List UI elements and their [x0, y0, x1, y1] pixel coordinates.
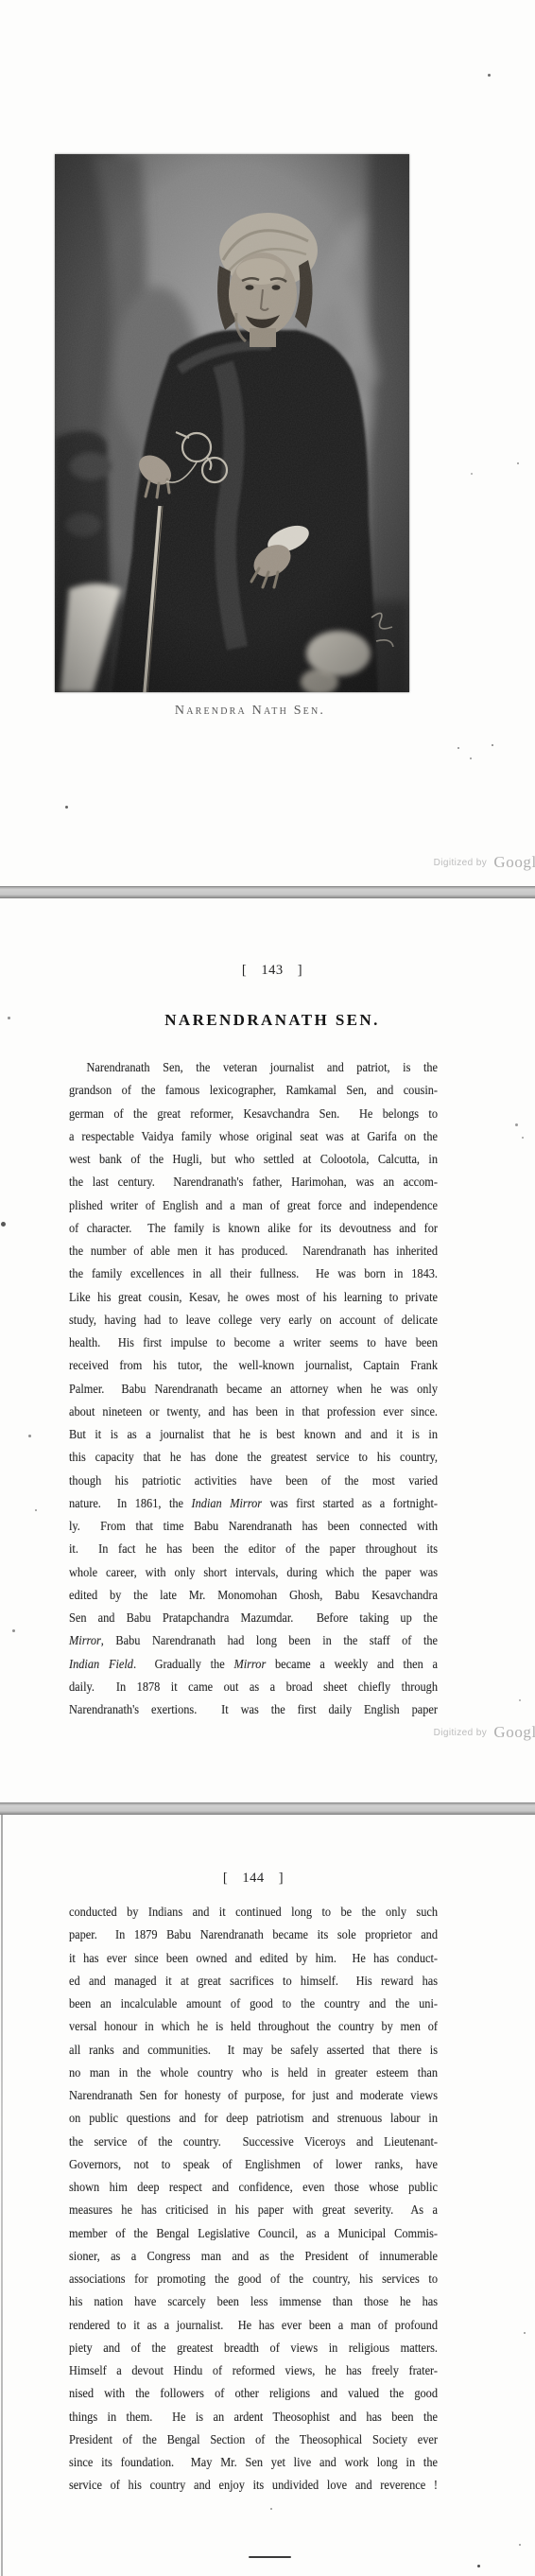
text-line: Narendranath's exertions. It was the fir…: [69, 1698, 438, 1721]
text-line: daily. In 1878 it came out as a broad sh…: [69, 1676, 438, 1698]
scan-speck: [517, 462, 519, 464]
text-line: the service of the country. Successive V…: [69, 2131, 438, 2153]
scan-speck: [524, 2332, 526, 2334]
text-line: no man in the whole country who is held …: [69, 2062, 438, 2084]
text-line: his nation have scarcely been less immen…: [69, 2290, 438, 2313]
text-line: health. His first impulse to become a wr…: [69, 1332, 438, 1354]
text-line: Indian Field. Gradually the Mirror becam…: [69, 1653, 438, 1676]
text-line: member of the Bengal Legislative Council…: [69, 2222, 438, 2245]
text-line: Mirror, Babu Narendranath had long been …: [69, 1629, 438, 1652]
text-line: whole career, with only short intervals,…: [69, 1561, 438, 1584]
text-line: shown him deep respect and confidence, e…: [69, 2176, 438, 2199]
text-line: nature. In 1861, the Indian Mirror was f…: [69, 1492, 438, 1515]
digitized-watermark: Digitized by Google: [434, 1723, 535, 1742]
page-separator: [0, 886, 535, 898]
text-line: the last century. Narendranath's father,…: [69, 1171, 438, 1193]
text-line: associations for promoting the good of t…: [69, 2268, 438, 2290]
text-line: since its foundation. May Mr. Sen yet li…: [69, 2451, 438, 2474]
text-line: But it is as a journalist that he is bes…: [69, 1423, 438, 1446]
text-line: plished writer of English and a man of g…: [69, 1194, 438, 1217]
text-line: it. In fact he has been the editor of th…: [69, 1538, 438, 1560]
text-line: of character. The family is known alike …: [69, 1217, 438, 1240]
text-line: Sen and Babu Pratapchandra Mazumdar. Bef…: [69, 1607, 438, 1629]
text-line: Palmer. Babu Narendranath became an atto…: [69, 1378, 438, 1401]
page-edge-shadow: [1, 1815, 3, 2576]
chapter-title: NARENDRANATH SEN.: [69, 1011, 438, 1030]
scan-speck: [477, 2565, 480, 2567]
page-number: [ 144 ]: [69, 1871, 438, 1887]
text-line: on public questions and for deep patriot…: [69, 2107, 438, 2130]
google-logo: Google: [493, 1723, 535, 1741]
scan-speck: [519, 1699, 521, 1701]
page-separator: [0, 1802, 535, 1815]
body-text: Narendranath Sen, the veteran journalist…: [69, 1056, 438, 1721]
scan-speck: [522, 1137, 524, 1139]
text-line: Himself a devout Hindu of reformed views…: [69, 2359, 438, 2382]
scan-speck: [35, 1509, 37, 1511]
text-line: it has ever since been owned and edited …: [69, 1947, 438, 1970]
watermark-prefix: Digitized by: [434, 858, 488, 868]
book-scan: Narendra Nath Sen. Digitized by Google […: [0, 0, 535, 2576]
text-line: paper. In 1879 Babu Narendranath became …: [69, 1923, 438, 1946]
body-text: conducted by Indians and it continued lo…: [69, 1901, 438, 2498]
scan-speck: [8, 1017, 10, 1019]
text-line: conducted by Indians and it continued lo…: [69, 1901, 438, 1923]
scan-speck: [470, 757, 472, 759]
text-line: though his patriotic activities have bee…: [69, 1470, 438, 1492]
page-number: [ 143 ]: [69, 963, 438, 979]
scan-speck: [471, 473, 473, 475]
text-line: Governors, not to speak of Englishmen of…: [69, 2153, 438, 2176]
text-line: Narendranath Sen for honesty of purpose,…: [69, 2084, 438, 2107]
text-line: piety and of the greatest breadth of vie…: [69, 2337, 438, 2359]
text-line: this capacity that he has done the great…: [69, 1446, 438, 1469]
text-line: rendered to it as a journalist. He has e…: [69, 2314, 438, 2337]
watermark-prefix: Digitized by: [434, 1728, 488, 1738]
scan-speck: [488, 74, 491, 77]
portrait-photo: [55, 154, 409, 692]
section-end-rule: [249, 2556, 291, 2558]
text-line: a respectable Vaidya family whose origin…: [69, 1125, 438, 1148]
text-line: received from his tutor, the well-known …: [69, 1354, 438, 1377]
google-logo: Google: [493, 853, 535, 871]
text-line: about nineteen or twenty, and has been i…: [69, 1401, 438, 1423]
text-line: the number of able men it has produced. …: [69, 1240, 438, 1262]
text-line: been an incalculable amount of good to t…: [69, 1993, 438, 2015]
text-line: ly. From that time Babu Narendranath has…: [69, 1515, 438, 1538]
scan-speck: [1, 1222, 6, 1227]
text-line: measures he has criticised in his paper …: [69, 2199, 438, 2221]
text-line: all ranks and communities. It may be saf…: [69, 2039, 438, 2062]
text-line: ed and managed it at great sacrifices to…: [69, 1970, 438, 1993]
text-line: west bank of the Hugli, but who settled …: [69, 1148, 438, 1171]
page-144: [ 144 ] conducted by Indians and it cont…: [0, 1815, 535, 2576]
text-line: Narendranath Sen, the veteran journalist…: [69, 1056, 438, 1079]
page-143: [ 143 ] NARENDRANATH SEN. Narendranath S…: [0, 898, 535, 1802]
text-line: study, having had to leave college very …: [69, 1309, 438, 1332]
text-line: sioner, as a Congress man and as the Pre…: [69, 2245, 438, 2268]
text-line: nised with the followers of other religi…: [69, 2382, 438, 2405]
scan-speck: [28, 1435, 31, 1437]
text-line: grandson of the famous lexicographer, Ra…: [69, 1079, 438, 1102]
scan-speck: [492, 744, 493, 746]
plate-page: Narendra Nath Sen. Digitized by Google: [0, 0, 535, 886]
text-line: german of the great reformer, Kesavchand…: [69, 1103, 438, 1125]
portrait-photo-art: [55, 154, 409, 692]
scan-speck: [270, 2508, 272, 2510]
text-line: versal honour in which he is held throug…: [69, 2015, 438, 2038]
scan-speck: [65, 806, 68, 809]
text-line: things in them. He is an ardent Theosoph…: [69, 2406, 438, 2428]
photo-caption: Narendra Nath Sen.: [55, 704, 409, 719]
text-line: Like his great cousin, Kesav, he owes mo…: [69, 1286, 438, 1309]
text-line: edited by the late Mr. Monomohan Ghosh, …: [69, 1584, 438, 1607]
scan-speck: [457, 747, 459, 749]
scan-speck: [515, 1123, 518, 1126]
text-line: President of the Bengal Section of the T…: [69, 2428, 438, 2451]
text-line: service of his country and enjoy its und…: [69, 2474, 438, 2497]
text-line: the family excellences in all their full…: [69, 1262, 438, 1285]
scan-speck: [519, 2544, 521, 2546]
digitized-watermark: Digitized by Google: [434, 853, 535, 872]
scan-speck: [12, 1629, 15, 1632]
